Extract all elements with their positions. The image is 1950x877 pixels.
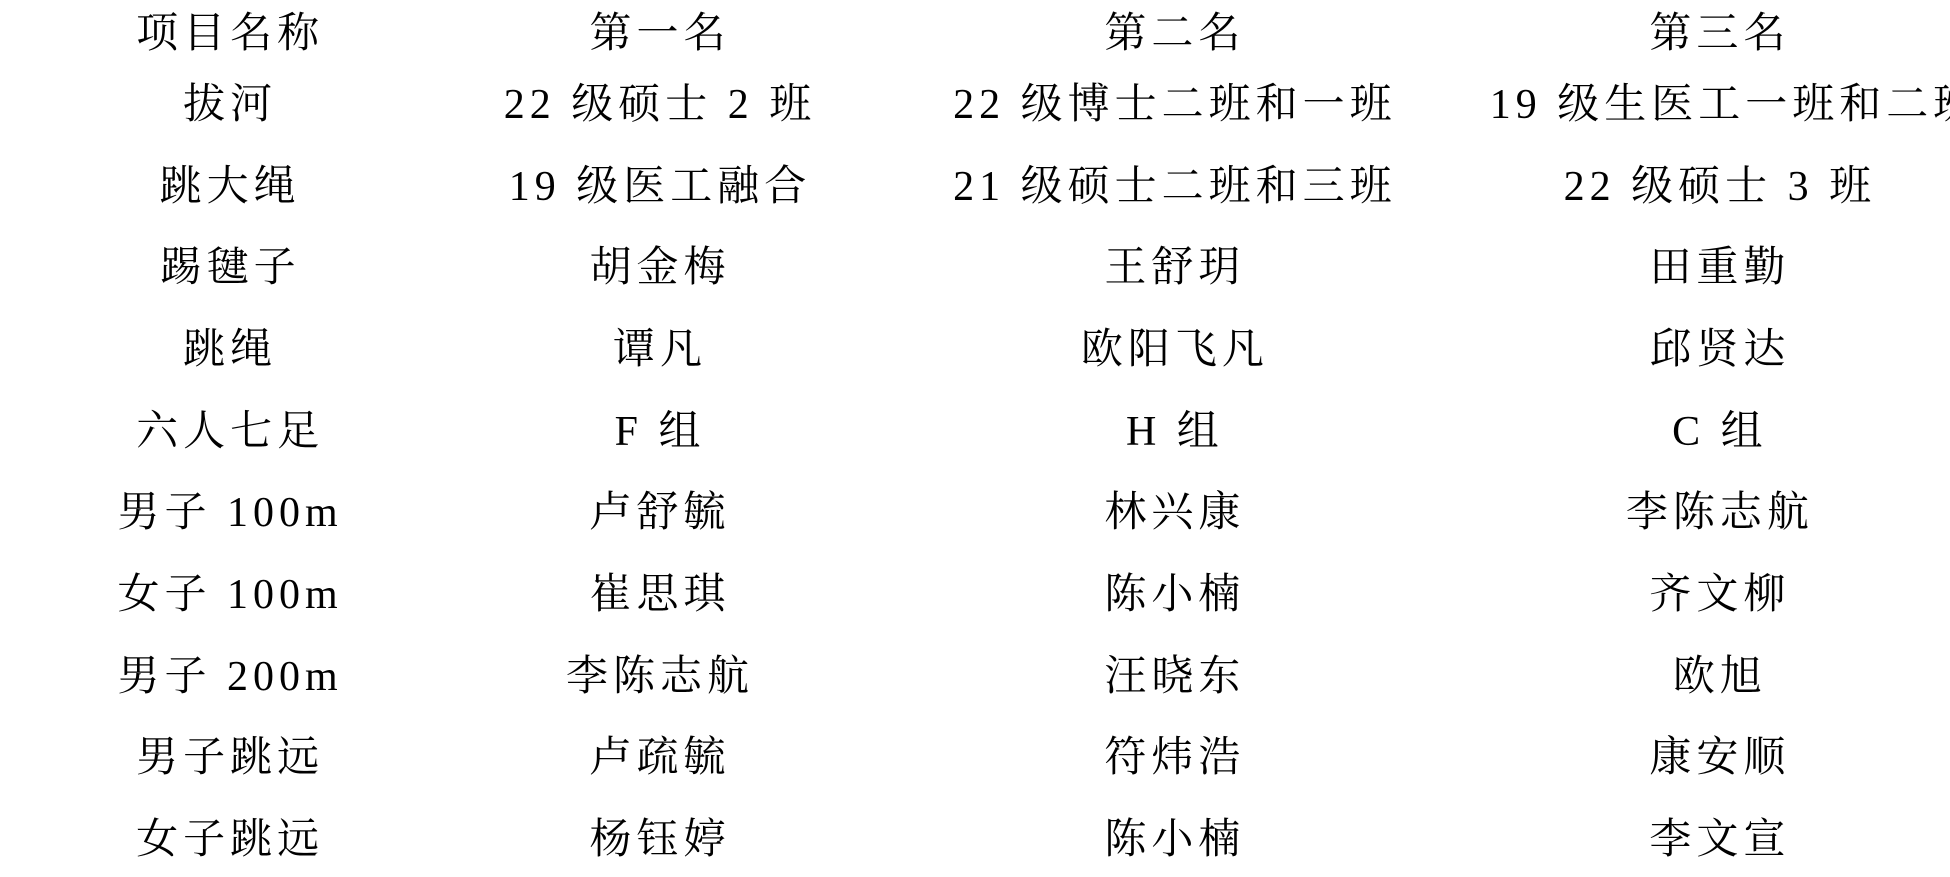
table-row: 男子跳远卢疏毓符炜浩康安顺 xyxy=(0,714,1950,796)
winner-cell: 李陈志航 xyxy=(460,632,860,714)
column-header-first-place: 第一名 xyxy=(460,0,860,60)
winner-cell: 22 级博士二班和一班 xyxy=(860,60,1490,142)
column-header-event: 项目名称 xyxy=(0,0,460,60)
winner-cell: 杨钰婷 xyxy=(460,795,860,877)
winner-cell: 邱贤达 xyxy=(1490,305,1950,387)
table-header: 项目名称第一名第二名第三名 xyxy=(0,0,1950,60)
winner-cell: 康安顺 xyxy=(1490,714,1950,796)
event-name-cell: 拔河 xyxy=(0,60,460,142)
winner-cell: H 组 xyxy=(860,387,1490,469)
winner-cell: 22 级硕士 3 班 xyxy=(1490,142,1950,224)
event-name-cell: 踢毽子 xyxy=(0,223,460,305)
table-row: 男子 100m卢舒毓林兴康李陈志航 xyxy=(0,468,1950,550)
winner-cell: 陈小楠 xyxy=(860,550,1490,632)
event-name-cell: 女子跳远 xyxy=(0,795,460,877)
header-row: 项目名称第一名第二名第三名 xyxy=(0,0,1950,60)
table-row: 跳大绳19 级医工融合21 级硕士二班和三班22 级硕士 3 班 xyxy=(0,142,1950,224)
table-row: 女子跳远杨钰婷陈小楠李文宣 xyxy=(0,795,1950,877)
winner-cell: 胡金梅 xyxy=(460,223,860,305)
winner-cell: 符炜浩 xyxy=(860,714,1490,796)
winner-cell: 崔思琪 xyxy=(460,550,860,632)
table-body: 拔河22 级硕士 2 班22 级博士二班和一班19 级生医工一班和二班跳大绳19… xyxy=(0,60,1950,877)
winner-cell: 汪晓东 xyxy=(860,632,1490,714)
column-header-second-place: 第二名 xyxy=(860,0,1490,60)
table-row: 六人七足F 组H 组C 组 xyxy=(0,387,1950,469)
event-name-cell: 女子 100m xyxy=(0,550,460,632)
winner-cell: 田重勤 xyxy=(1490,223,1950,305)
winner-cell: 李文宣 xyxy=(1490,795,1950,877)
event-name-cell: 男子 200m xyxy=(0,632,460,714)
winner-cell: 谭凡 xyxy=(460,305,860,387)
event-name-cell: 跳绳 xyxy=(0,305,460,387)
winner-cell: 李陈志航 xyxy=(1490,468,1950,550)
document-page: 项目名称第一名第二名第三名 拔河22 级硕士 2 班22 级博士二班和一班19 … xyxy=(0,0,1950,877)
winner-cell: 欧阳飞凡 xyxy=(860,305,1490,387)
winner-cell: 21 级硕士二班和三班 xyxy=(860,142,1490,224)
table-row: 踢毽子胡金梅王舒玥田重勤 xyxy=(0,223,1950,305)
event-name-cell: 六人七足 xyxy=(0,387,460,469)
winner-cell: 22 级硕士 2 班 xyxy=(460,60,860,142)
table-row: 拔河22 级硕士 2 班22 级博士二班和一班19 级生医工一班和二班 xyxy=(0,60,1950,142)
event-name-cell: 男子跳远 xyxy=(0,714,460,796)
winner-cell: 19 级生医工一班和二班 xyxy=(1490,60,1950,142)
winner-cell: 卢舒毓 xyxy=(460,468,860,550)
winner-cell: 林兴康 xyxy=(860,468,1490,550)
event-name-cell: 跳大绳 xyxy=(0,142,460,224)
winner-cell: 欧旭 xyxy=(1490,632,1950,714)
winner-cell: 陈小楠 xyxy=(860,795,1490,877)
results-table: 项目名称第一名第二名第三名 拔河22 级硕士 2 班22 级博士二班和一班19 … xyxy=(0,0,1950,877)
winner-cell: 王舒玥 xyxy=(860,223,1490,305)
winner-cell: 齐文柳 xyxy=(1490,550,1950,632)
table-row: 女子 100m崔思琪陈小楠齐文柳 xyxy=(0,550,1950,632)
table-row: 跳绳谭凡欧阳飞凡邱贤达 xyxy=(0,305,1950,387)
winner-cell: F 组 xyxy=(460,387,860,469)
winner-cell: 卢疏毓 xyxy=(460,714,860,796)
winner-cell: 19 级医工融合 xyxy=(460,142,860,224)
column-header-third-place: 第三名 xyxy=(1490,0,1950,60)
winner-cell: C 组 xyxy=(1490,387,1950,469)
table-row: 男子 200m李陈志航汪晓东欧旭 xyxy=(0,632,1950,714)
event-name-cell: 男子 100m xyxy=(0,468,460,550)
